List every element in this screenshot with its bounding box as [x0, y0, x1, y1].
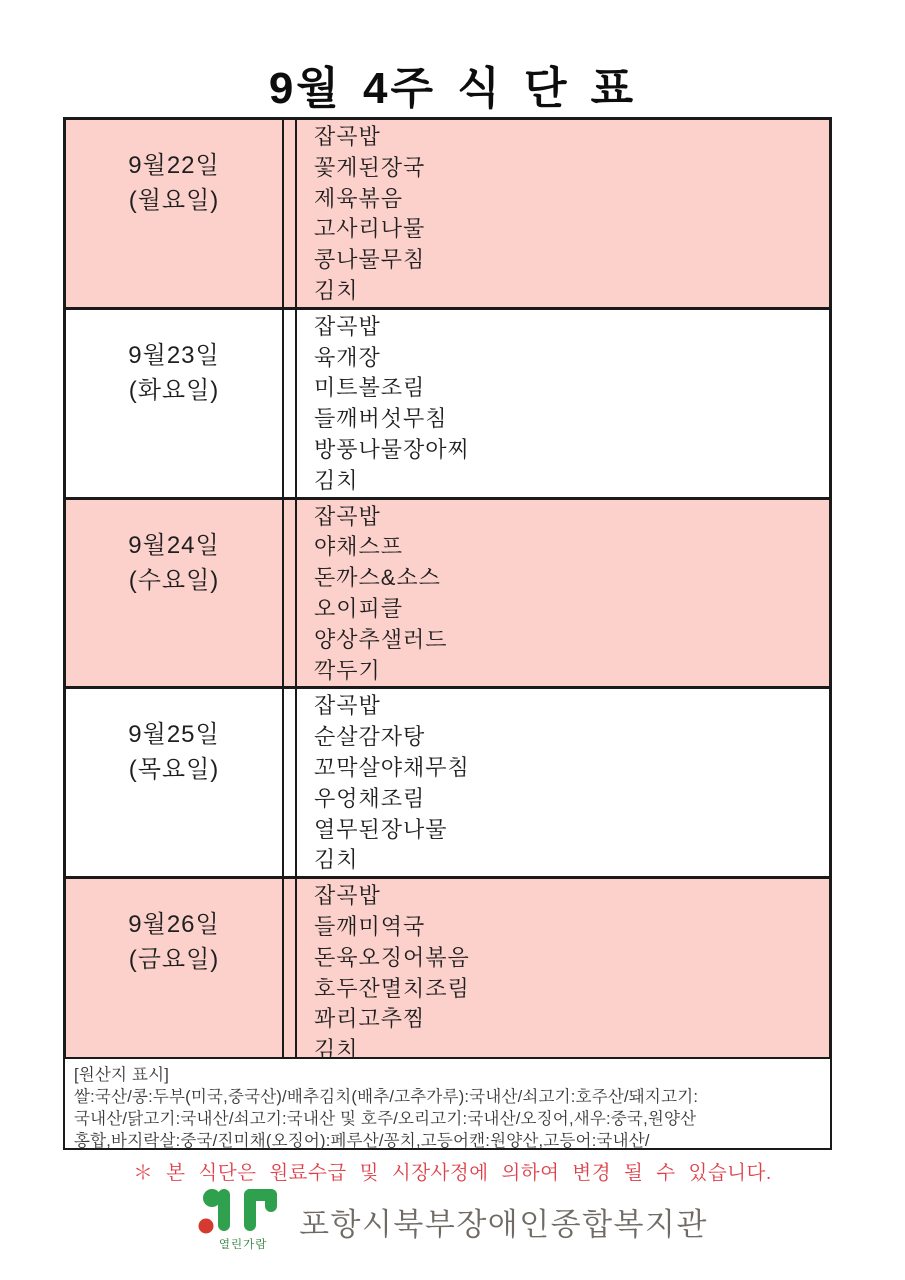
origin-line: 홍합,바지락살:중국/진미채(오징어):페루산/꽁치,고등어캔:원양산,고등어:… [74, 1130, 821, 1152]
column-divider [284, 879, 297, 1066]
menu-item: 야채스프 [314, 532, 829, 563]
change-notice: ＊ 본 식단은 원료수급 및 시장사정에 의하여 변경 될 수 있습니다. [0, 1157, 905, 1185]
weekday-label: (금요일) [66, 942, 282, 977]
date-label: 9월25일 [66, 717, 282, 752]
menu-item: 돈까스&소스 [314, 563, 829, 594]
menu-item: 제육볶음 [314, 184, 829, 215]
menu-item: 잡곡밥 [314, 312, 829, 343]
column-divider [284, 500, 297, 687]
menu-item: 김치 [314, 845, 829, 876]
origin-info-box: [원산지 표시] 쌀:국산/콩:두부(미국,중국산)/배추김치(배추/고추가루)… [63, 1057, 832, 1150]
origin-line: 국내산/닭고기:국내산/쇠고기:국내산 및 호주/오리고기:국내산/오징어,새우… [74, 1108, 821, 1130]
weekday-label: (목요일) [66, 752, 282, 787]
menu-cell: 잡곡밥 야채스프 돈까스&소스 오이피클 양상추샐러드 깍두기 [297, 500, 829, 687]
table-row-monday: 9월22일 (월요일) 잡곡밥 꽃게된장국 제육볶음 고사리나물 콩나물무침 김… [66, 120, 829, 310]
org-logo-icon [197, 1186, 289, 1238]
menu-item: 순살감자탕 [314, 722, 829, 753]
menu-item: 잡곡밥 [314, 881, 829, 912]
footer: 열린가람 포항시북부장애인종합복지관 [0, 1186, 905, 1252]
menu-item: 양상추샐러드 [314, 625, 829, 656]
menu-item: 잡곡밥 [314, 502, 829, 533]
menu-item: 열무된장나물 [314, 815, 829, 846]
org-logo: 열린가람 [197, 1186, 289, 1252]
menu-item: 꽈리고추찜 [314, 1004, 829, 1035]
table-row-tuesday: 9월23일 (화요일) 잡곡밥 육개장 미트볼조림 들깨버섯무침 방풍나물장아찌… [66, 310, 829, 500]
page-title: 9월 4주 식 단 표 [0, 52, 905, 116]
menu-item: 육개장 [314, 343, 829, 374]
menu-cell: 잡곡밥 들깨미역국 돈육오징어볶음 호두잔멸치조림 꽈리고추찜 김치 [297, 879, 829, 1066]
table-row-wednesday: 9월24일 (수요일) 잡곡밥 야채스프 돈까스&소스 오이피클 양상추샐러드 … [66, 500, 829, 690]
menu-item: 잡곡밥 [314, 122, 829, 153]
weekday-label: (수요일) [66, 563, 282, 598]
table-row-thursday: 9월25일 (목요일) 잡곡밥 순살감자탕 꼬막살야채무침 우엉채조림 열무된장… [66, 689, 829, 879]
column-divider [284, 310, 297, 497]
menu-item: 김치 [314, 276, 829, 307]
menu-item: 꼬막살야채무침 [314, 753, 829, 784]
date-cell: 9월22일 (월요일) [66, 120, 284, 307]
column-divider [284, 689, 297, 876]
origin-heading: [원산지 표시] [74, 1064, 821, 1086]
date-cell: 9월23일 (화요일) [66, 310, 284, 497]
date-label: 9월26일 [66, 907, 282, 942]
date-cell: 9월25일 (목요일) [66, 689, 284, 876]
date-cell: 9월26일 (금요일) [66, 879, 284, 1066]
date-cell: 9월24일 (수요일) [66, 500, 284, 687]
menu-item: 돈육오징어볶음 [314, 943, 829, 974]
menu-item: 김치 [314, 466, 829, 497]
menu-item: 들깨미역국 [314, 912, 829, 943]
menu-item: 깍두기 [314, 656, 829, 687]
table-row-friday: 9월26일 (금요일) 잡곡밥 들깨미역국 돈육오징어볶음 호두잔멸치조림 꽈리… [66, 879, 829, 1066]
date-label: 9월24일 [66, 528, 282, 563]
weekday-label: (화요일) [66, 373, 282, 408]
origin-line: 쌀:국산/콩:두부(미국,중국산)/배추김치(배추/고추가루):국내산/쇠고기:… [74, 1086, 821, 1108]
menu-item: 고사리나물 [314, 214, 829, 245]
menu-item: 콩나물무침 [314, 245, 829, 276]
date-label: 9월22일 [66, 148, 282, 183]
menu-cell: 잡곡밥 순살감자탕 꼬막살야채무침 우엉채조림 열무된장나물 김치 [297, 689, 829, 876]
weekday-label: (월요일) [66, 183, 282, 218]
date-label: 9월23일 [66, 338, 282, 373]
column-divider [284, 120, 297, 307]
menu-item: 방풍나물장아찌 [314, 435, 829, 466]
menu-item: 오이피클 [314, 594, 829, 625]
org-name: 포항시북부장애인종합복지관 [299, 1199, 708, 1252]
menu-item: 우엉채조림 [314, 784, 829, 815]
menu-item: 들깨버섯무침 [314, 404, 829, 435]
menu-cell: 잡곡밥 육개장 미트볼조림 들깨버섯무침 방풍나물장아찌 김치 [297, 310, 829, 497]
menu-cell: 잡곡밥 꽃게된장국 제육볶음 고사리나물 콩나물무침 김치 [297, 120, 829, 307]
menu-item: 잡곡밥 [314, 691, 829, 722]
meal-plan-table: 9월22일 (월요일) 잡곡밥 꽃게된장국 제육볶음 고사리나물 콩나물무침 김… [63, 117, 832, 1057]
logo-caption: 열린가람 [219, 1236, 267, 1252]
menu-item: 미트볼조림 [314, 373, 829, 404]
menu-item: 꽃게된장국 [314, 153, 829, 184]
menu-item: 호두잔멸치조림 [314, 974, 829, 1005]
